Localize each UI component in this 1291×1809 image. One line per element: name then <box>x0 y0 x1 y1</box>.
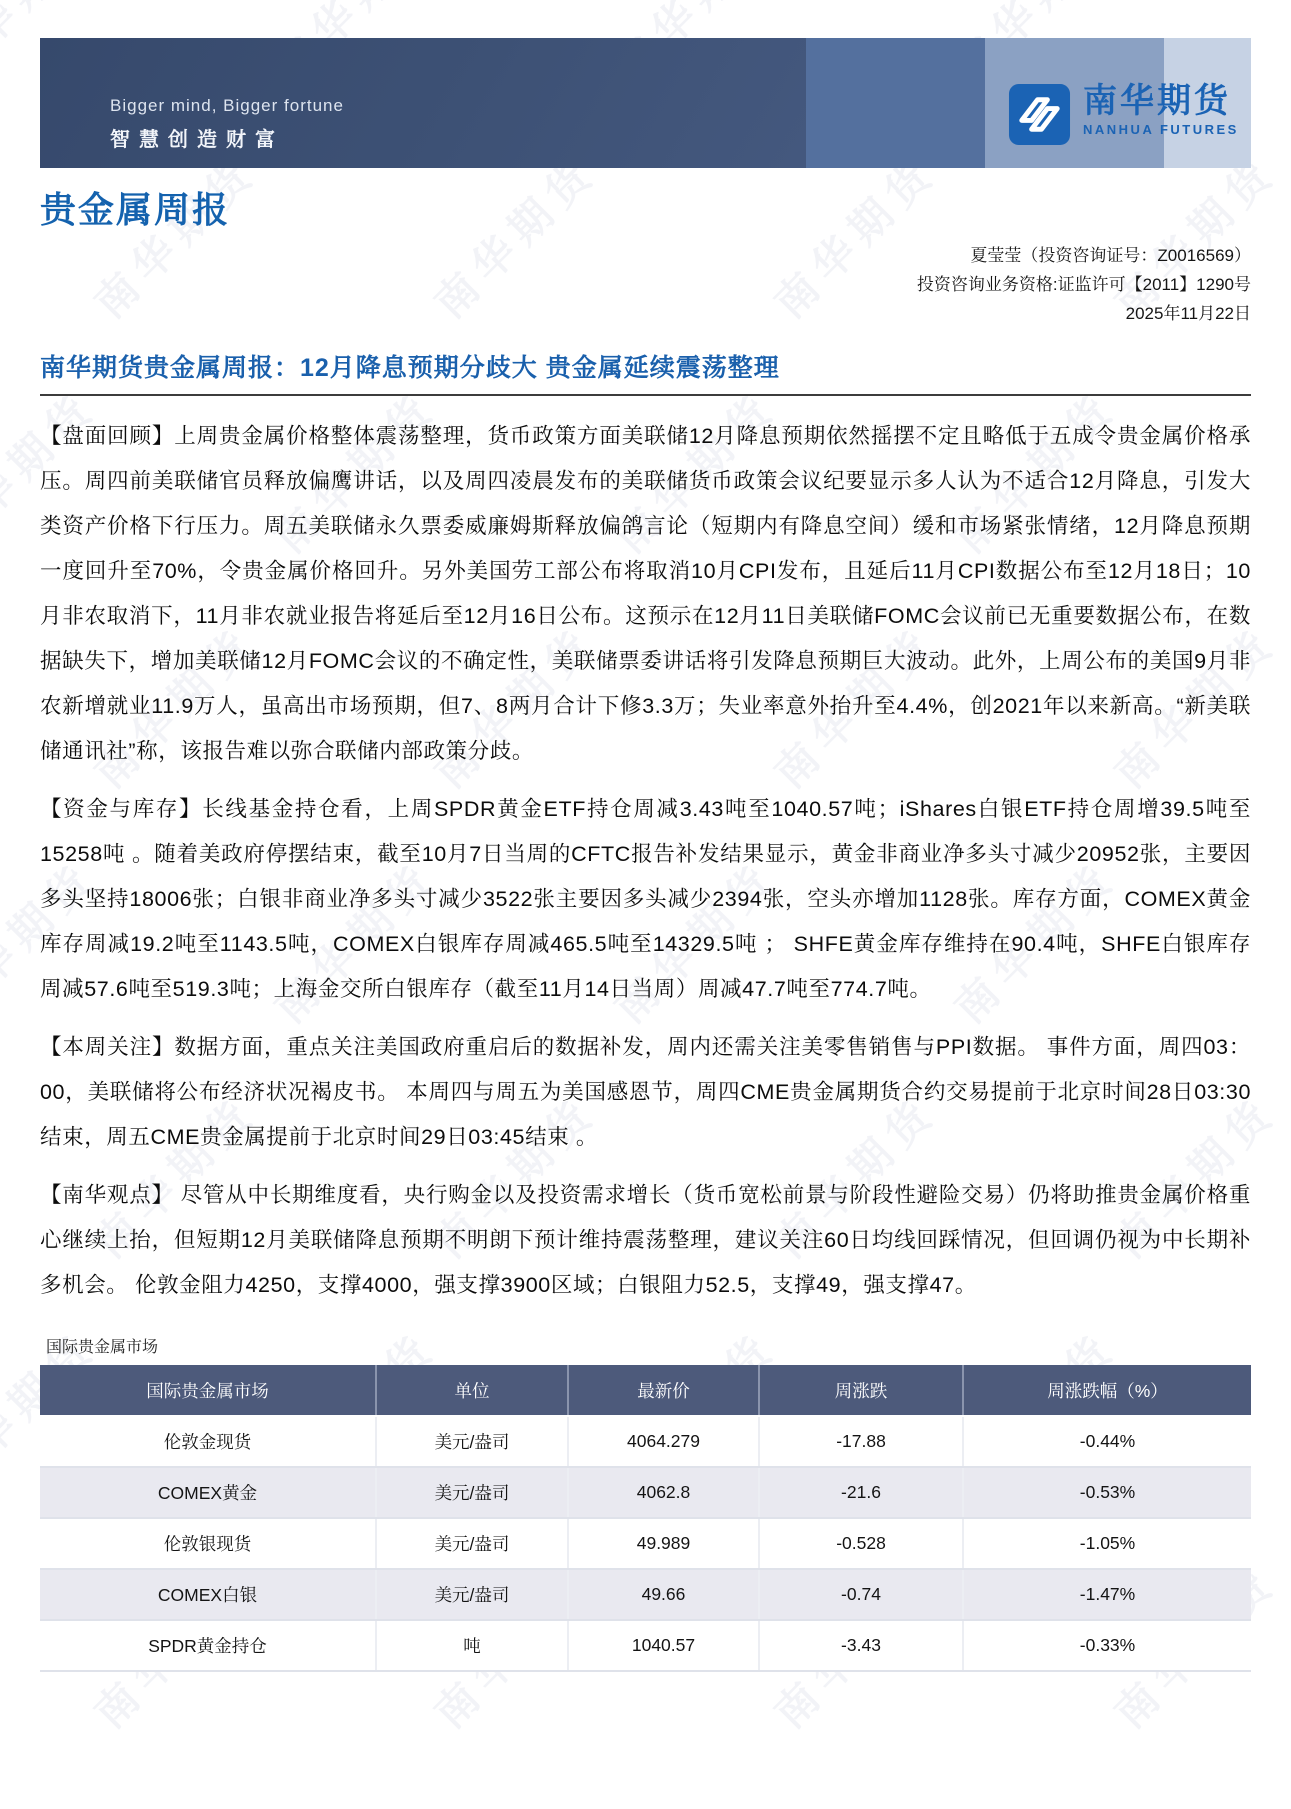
table-row: SPDR黄金持仓吨1040.57-3.43-0.33% <box>40 1620 1251 1671</box>
report-headline: 南华期货贵金属周报：12月降息预期分歧大 贵金属延续震荡整理 <box>40 348 1251 396</box>
column-header-unit: 单位 <box>376 1365 568 1416</box>
report-page: 南华期货南华期货南华期货南华期货南华期货南华期货南华期货南华期货南华期货南华期货… <box>0 0 1291 1809</box>
table-cell: COMEX黄金 <box>40 1467 376 1518</box>
tagline-chinese: 智慧创造财富 <box>110 123 344 152</box>
table-cell: 1040.57 <box>568 1620 759 1671</box>
table-cell: -17.88 <box>759 1416 963 1467</box>
table-cell: COMEX白银 <box>40 1569 376 1620</box>
table-cell: -21.6 <box>759 1467 963 1518</box>
logo-name-chinese: 南华期货 <box>1083 83 1239 119</box>
body-paragraph: 【盘面回顾】上周贵金属价格整体震荡整理，货币政策方面美联储12月降息预期依然摇摆… <box>40 414 1251 774</box>
table-cell: 美元/盎司 <box>376 1467 568 1518</box>
byline-block: 夏莹莹（投资咨询证号：Z0016569） 投资咨询业务资格:证监许可【2011】… <box>40 241 1251 328</box>
table-cell: 4062.8 <box>568 1467 759 1518</box>
metals-table-section: 国际贵金属市场 国际贵金属市场 单位 最新价 周涨跌 周涨跌幅（%） 伦敦金现货… <box>40 1334 1251 1672</box>
table-cell: -0.33% <box>963 1620 1251 1671</box>
table-cell: 4064.279 <box>568 1416 759 1467</box>
table-cell: -0.74 <box>759 1569 963 1620</box>
table-cell: 伦敦金现货 <box>40 1416 376 1467</box>
body-paragraph: 【南华观点】 尽管从中长期维度看，央行购金以及投资需求增长（货币宽松前景与阶段性… <box>40 1173 1251 1308</box>
table-row: 伦敦银现货美元/盎司49.989-0.528-1.05% <box>40 1518 1251 1569</box>
table-row: 伦敦金现货美元/盎司4064.279-17.88-0.44% <box>40 1416 1251 1467</box>
qualification-line: 投资咨询业务资格:证监许可【2011】1290号 <box>40 270 1251 299</box>
banner-band-medium <box>806 38 985 168</box>
table-cell: 49.989 <box>568 1518 759 1569</box>
table-cell: -1.47% <box>963 1569 1251 1620</box>
table-row: COMEX黄金美元/盎司4062.8-21.6-0.53% <box>40 1467 1251 1518</box>
table-cell: 美元/盎司 <box>376 1518 568 1569</box>
table-cell: 美元/盎司 <box>376 1416 568 1467</box>
nanhua-logo: 南华期货 NANHUA FUTURES <box>1008 83 1239 146</box>
table-cell: 吨 <box>376 1620 568 1671</box>
column-header-market: 国际贵金属市场 <box>40 1365 376 1416</box>
table-cell: -0.528 <box>759 1518 963 1569</box>
table-cell: SPDR黄金持仓 <box>40 1620 376 1671</box>
table-cell: 49.66 <box>568 1569 759 1620</box>
table-row: COMEX白银美元/盎司49.66-0.74-1.47% <box>40 1569 1251 1620</box>
international-metals-table: 国际贵金属市场 单位 最新价 周涨跌 周涨跌幅（%） 伦敦金现货美元/盎司406… <box>40 1365 1251 1672</box>
table-cell: 美元/盎司 <box>376 1569 568 1620</box>
report-title: 贵金属周报 <box>40 182 1251 233</box>
table-cell: -0.44% <box>963 1416 1251 1467</box>
nanhua-logo-icon <box>1008 83 1071 146</box>
logo-text: 南华期货 NANHUA FUTURES <box>1083 83 1239 137</box>
table-header-row: 国际贵金属市场 单位 最新价 周涨跌 周涨跌幅（%） <box>40 1365 1251 1416</box>
report-date: 2025年11月22日 <box>40 299 1251 328</box>
column-header-weekly-change: 周涨跌 <box>759 1365 963 1416</box>
table-cell: 伦敦银现货 <box>40 1518 376 1569</box>
logo-name-english: NANHUA FUTURES <box>1083 122 1239 137</box>
banner-tagline: Bigger mind, Bigger fortune 智慧创造财富 <box>110 96 344 152</box>
column-header-weekly-change-pct: 周涨跌幅（%） <box>963 1365 1251 1416</box>
analyst-line: 夏莹莹（投资咨询证号：Z0016569） <box>40 241 1251 270</box>
table-cell: -3.43 <box>759 1620 963 1671</box>
table-cell: -1.05% <box>963 1518 1251 1569</box>
column-header-latest-price: 最新价 <box>568 1365 759 1416</box>
header-banner: Bigger mind, Bigger fortune 智慧创造财富 南华期货 … <box>40 38 1251 168</box>
report-body: 【盘面回顾】上周贵金属价格整体震荡整理，货币政策方面美联储12月降息预期依然摇摆… <box>40 414 1251 1308</box>
body-paragraph: 【本周关注】数据方面，重点关注美国政府重启后的数据补发，周内还需关注美零售销售与… <box>40 1025 1251 1160</box>
metals-table-body: 伦敦金现货美元/盎司4064.279-17.88-0.44%COMEX黄金美元/… <box>40 1416 1251 1671</box>
table-section-label: 国际贵金属市场 <box>46 1334 1251 1357</box>
table-cell: -0.53% <box>963 1467 1251 1518</box>
tagline-english: Bigger mind, Bigger fortune <box>110 96 344 116</box>
body-paragraph: 【资金与库存】长线基金持仓看，上周SPDR黄金ETF持仓周减3.43吨至1040… <box>40 787 1251 1012</box>
